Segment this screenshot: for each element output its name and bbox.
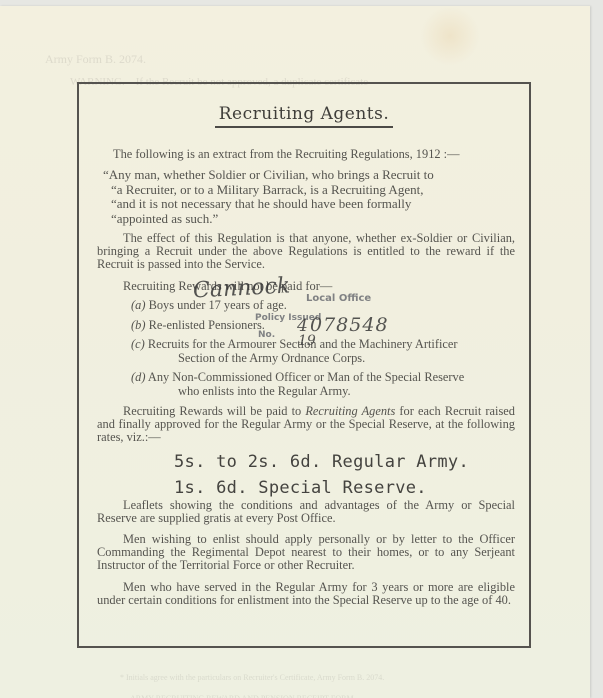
- will-paid-paragraph: Recruiting Rewards will be paid to Recru…: [97, 405, 515, 445]
- page-title: Recruiting Agents.: [79, 104, 529, 128]
- quote-line: “and it is not necessary that he should …: [103, 197, 515, 212]
- intro-line: The following is an extract from the Rec…: [113, 148, 460, 161]
- leaflets-paragraph: Leaflets showing the conditions and adva…: [97, 499, 515, 525]
- rate-special-reserve: 1s. 6d. Special Reserve.: [174, 478, 427, 498]
- list-item: (d) Any Non-Commissioned Officer or Man …: [131, 371, 515, 398]
- quote-line: “Any man, whether Soldier or Civilian, w…: [103, 168, 515, 183]
- stamp-number-label: No.: [258, 330, 275, 340]
- served-paragraph: Men who have served in the Regular Army …: [97, 581, 515, 607]
- reverse-footnote: * Initials agree with the particulars on…: [120, 673, 384, 682]
- effect-paragraph: The effect of this Regulation is that an…: [97, 232, 515, 272]
- handwritten-policy-number: 078548: [310, 314, 389, 336]
- handwritten-signature: Cannock: [192, 273, 290, 303]
- local-office-stamp: Local Office: [306, 293, 371, 304]
- reverse-form-number: Army Form B. 2074.: [45, 52, 146, 67]
- enlist-paragraph: Men wishing to enlist should apply perso…: [97, 533, 515, 573]
- quote-line: “appointed as such.”: [103, 212, 515, 227]
- quote-line: “a Recruiter, or to a Military Barrack, …: [103, 183, 515, 198]
- regulation-quote: “Any man, whether Soldier or Civilian, w…: [103, 168, 515, 226]
- rate-regular-army: 5s. to 2s. 6d. Regular Army.: [174, 452, 469, 472]
- list-item: (c) Recruits for the Armourer Section an…: [131, 338, 515, 365]
- notice-frame: Recruiting Agents. The following is an e…: [77, 82, 531, 648]
- reverse-footer: ARMY RECRUITING REWARD AND PENSION RECEI…: [130, 694, 354, 698]
